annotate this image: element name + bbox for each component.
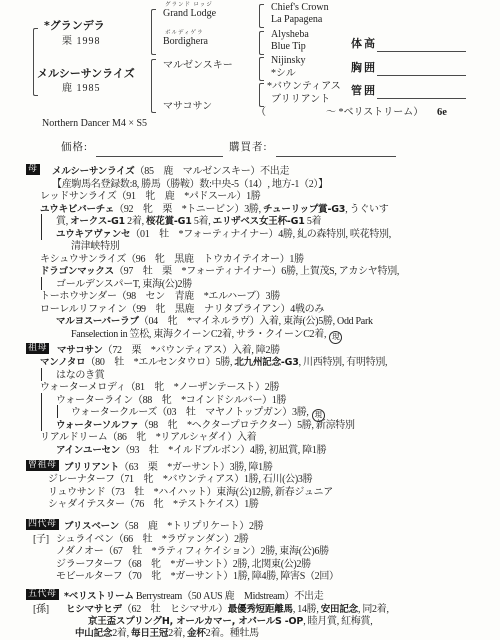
- pedigree-text-line: [子]: [33, 532, 49, 546]
- record-text: 2着,: [112, 628, 131, 639]
- pedigree-brace-sire: [151, 9, 156, 55]
- record-text: 清津峡特別: [71, 241, 120, 252]
- horse-or-race-name: メルシーサンライズ: [52, 166, 135, 177]
- horse-or-race-name: エリザベス女王杯-G1: [213, 216, 305, 227]
- pedigree-text-line: 清津峡特別: [71, 239, 120, 253]
- sire-detail: 栗 1998: [62, 36, 101, 48]
- record-text: （93 牡 *イルドブルボン）4勝, 初凪賞, 障1勝: [120, 445, 326, 456]
- pedigree-text-line: トーホウサンダー（98 セン 青鹿 *エルハーブ）3勝: [40, 289, 280, 303]
- cannon-label: 管囲: [351, 85, 377, 98]
- record-text: ジレーナターフ（71 牝 *バウンティアス）1勝, 石川(公)3勝: [48, 474, 312, 485]
- tree-connector-line: [41, 214, 42, 227]
- record-text: [子]: [33, 534, 49, 545]
- record-text: 賞,: [56, 216, 70, 227]
- horse-or-race-name: 中山記念: [75, 628, 112, 639]
- chest-label: 胸囲: [351, 62, 377, 75]
- ancestor-name: *シル: [271, 68, 296, 80]
- pedigree-text-line: ジレーナターフ（71 牝 *バウンティアス）1勝, 石川(公)3勝: [48, 472, 312, 486]
- record-text: （80 牡 *エルセンタウロ）5勝,: [85, 357, 234, 368]
- record-text: , 睦月賞, 紅梅賞,: [303, 616, 372, 627]
- ancestor-name: Nijinsky: [271, 55, 305, 67]
- horse-or-race-name: マンノタロ: [40, 357, 85, 368]
- record-text: （01 牡 *フォーティナイナー）4勝, 糺の森特別, 咲花特別,: [130, 229, 391, 240]
- record-text: 5着,: [192, 216, 213, 227]
- record-text: （04 牝 *マイネルラヴ）入着, 東海(公)5勝, Odd Park: [139, 316, 373, 327]
- record-text: ウォータークルーズ（03 牡 マヤノトップガン）3勝,: [71, 407, 311, 418]
- family-line: （ ～ *ベリストリーム）: [256, 107, 423, 119]
- price-blank-line: [96, 155, 223, 157]
- record-text: 2着,: [125, 216, 146, 227]
- sale-catalog-page: *グランデラ 栗 1998 メルシーサンライズ 鹿 1985 グランド ロッジ …: [0, 0, 500, 640]
- pedigree-text-line: レッドサンライズ（91 牝 鹿 *パドスール）1勝: [40, 189, 261, 203]
- dam-sire-name: マルゼンスキー: [163, 60, 233, 72]
- pedigree-text-line: マンノタロ（80 牡 *エルセンタウロ）5勝, 北九州記念-G3, 川西特別, …: [40, 355, 387, 369]
- record-text: リアルドリーム（86 牝 *リアルシャダイ）入着: [40, 432, 256, 443]
- record-text: トーホウサンダー（98 セン 青鹿 *エルハーブ）3勝: [40, 291, 280, 302]
- buyer-label: 購買者:: [229, 142, 267, 154]
- horse-or-race-name: オークス-G1: [70, 216, 125, 227]
- price-label: 価格:: [61, 142, 88, 154]
- pedigree-brace-gp1: [259, 4, 264, 28]
- record-text: モビールターフ（70 牝 *ガーサント）1勝, 障4勝, 障害S（2回）: [56, 571, 339, 582]
- record-text: Fanselection in 笠松, 東海クイーンC2着, サラ・クイーンC2…: [71, 329, 328, 340]
- generation-badge: 五代母: [26, 589, 59, 600]
- horse-or-race-name: 桜花賞-G1: [146, 216, 192, 227]
- sire-name: *グランデラ: [44, 20, 105, 33]
- record-text: 2着,: [168, 628, 187, 639]
- pedigree-text-line: アインユーセン（93 牡 *イルドブルボン）4勝, 初凪賞, 障1勝: [56, 443, 326, 457]
- record-text: シャダイテスター（76 牝 *テストケイス）1勝: [48, 499, 259, 510]
- pedigree-brace-gp2: [259, 31, 264, 55]
- ancestor-name: La Papagena: [271, 14, 322, 26]
- record-text: ウォーターメロディ（81 牝 *ノーザンテースト）2勝: [40, 382, 279, 393]
- record-text: （85 鹿 マルゼンスキー）不出走: [135, 166, 290, 177]
- ancestor-name: Blue Tip: [271, 41, 306, 53]
- tree-connector-line: [41, 393, 42, 406]
- pedigree-text-line: *ベリストリーム Berrystream（50 AUS 鹿 Midstream）…: [64, 589, 323, 603]
- pedigree-text-line: ノダノオー（67 牡 *ラティフィケイション）2勝, 東海(公)6勝: [56, 544, 329, 558]
- pedigree-text-line: メルシーサンライズ（85 鹿 マルゼンスキー）不出走: [52, 164, 289, 178]
- horse-or-race-name: ドラゴンマックス: [40, 266, 114, 277]
- pedigree-text-line: ブリスベーン（58 鹿 *トリプリケート）2勝: [64, 519, 263, 533]
- record-text: 5着: [305, 216, 322, 227]
- ancestor-name: Chief's Crown: [271, 2, 329, 14]
- ancestor-name: ブリリアント: [271, 94, 330, 106]
- horse-or-race-name: マルヨスーパーラブ: [56, 316, 139, 327]
- pedigree-text-line: シャダイテスター（76 牝 *テストケイス）1勝: [48, 497, 259, 511]
- record-text: , うぐいす: [345, 204, 388, 215]
- horse-or-race-name: アインユーセン: [56, 445, 120, 456]
- record-text: , 川西特別, 有明特別,: [299, 357, 388, 368]
- pedigree-brace-subject: [33, 28, 38, 96]
- generation-badge: 母: [26, 164, 40, 175]
- status-mark-circled: 現: [329, 331, 342, 344]
- horse-or-race-name: 金杯: [187, 628, 206, 639]
- horse-or-race-name: ブリスベーン: [64, 521, 119, 532]
- sire-dam-name: Bordighera: [163, 36, 208, 48]
- tree-connector-line: [41, 405, 42, 418]
- pedigree-text-line: マルヨスーパーラブ（04 牝 *マイネルラヴ）入着, 東海(公)5勝, Odd …: [56, 314, 373, 328]
- horse-or-race-name: 北九州記念-G3: [234, 357, 298, 368]
- horse-or-race-name: 毎日王冠: [131, 628, 168, 639]
- pedigree-text-line: ウォーターメロディ（81 牝 *ノーザンテースト）2勝: [40, 380, 279, 394]
- pedigree-text-line: 中山記念2着, 毎日王冠2着, 金杯2着。種牡馬: [75, 626, 259, 640]
- pedigree-brace-gp4: [259, 83, 264, 107]
- inbreeding-note: Northern Dancer M4 × S5: [42, 118, 147, 130]
- pedigree-brace-dam: [151, 59, 156, 113]
- buyer-blank-line: [276, 155, 396, 157]
- cannon-blank-line: [377, 97, 466, 99]
- dam-dam-name: マサコサン: [163, 101, 212, 113]
- family-number: 6e: [437, 107, 447, 119]
- pedigree-text-line: [孫]: [33, 602, 49, 616]
- generation-badge: 祖母: [26, 343, 49, 354]
- ancestor-name: Alysheba: [271, 29, 309, 41]
- tree-connector-line: [41, 277, 42, 290]
- height-label: 体高: [351, 38, 377, 51]
- generation-badge: 曾祖母: [26, 460, 59, 471]
- tree-connector-line: [41, 418, 42, 431]
- pedigree-text-line: 賞, オークス-G1 2着, 桜花賞-G1 5着, エリザベス女王杯-G1 5着: [56, 214, 321, 228]
- record-text: （58 鹿 *トリプリケート）2勝: [119, 521, 263, 532]
- record-text: ノダノオー（67 牡 *ラティフィケイション）2勝, 東海(公)6勝: [56, 546, 329, 557]
- tree-connector-line: [57, 405, 58, 418]
- record-text: 2着。種牡馬: [206, 628, 259, 639]
- dam-name: メルシーサンライズ: [37, 68, 135, 81]
- record-text: [孫]: [33, 604, 49, 615]
- pedigree-brace-gp3: [259, 57, 264, 81]
- record-text: Berrystream（50 AUS 鹿 Midstream）不出走: [134, 591, 324, 602]
- generation-badge: 四代母: [26, 519, 59, 530]
- ancestor-name: *バウンティアス: [267, 81, 341, 93]
- record-text: レッドサンライズ（91 牝 鹿 *パドスール）1勝: [40, 191, 261, 202]
- pedigree-text-line: Fanselection in 笠松, 東海クイーンC2着, サラ・クイーンC2…: [71, 327, 342, 344]
- dam-detail: 鹿 1985: [62, 83, 101, 95]
- height-blank-line: [377, 50, 466, 52]
- horse-or-race-name: *ベリストリーム: [64, 591, 134, 602]
- pedigree-text-line: モビールターフ（70 牝 *ガーサント）1勝, 障4勝, 障害S（2回）: [56, 569, 339, 583]
- tree-connector-line: [41, 227, 42, 240]
- pedigree-text-line: リアルドリーム（86 牝 *リアルシャダイ）入着: [40, 430, 256, 444]
- chest-blank-line: [377, 74, 466, 76]
- tree-connector-line: [41, 368, 42, 381]
- sire-sire-name: Grand Lodge: [163, 8, 216, 20]
- pedigree-text-line: ドラゴンマックス（97 牡 栗 *フォーティナイナー）6勝, 上賀茂S, アカシ…: [40, 264, 399, 278]
- record-text: （97 牡 栗 *フォーティナイナー）6勝, 上賀茂S, アカシヤ特別,: [114, 266, 399, 277]
